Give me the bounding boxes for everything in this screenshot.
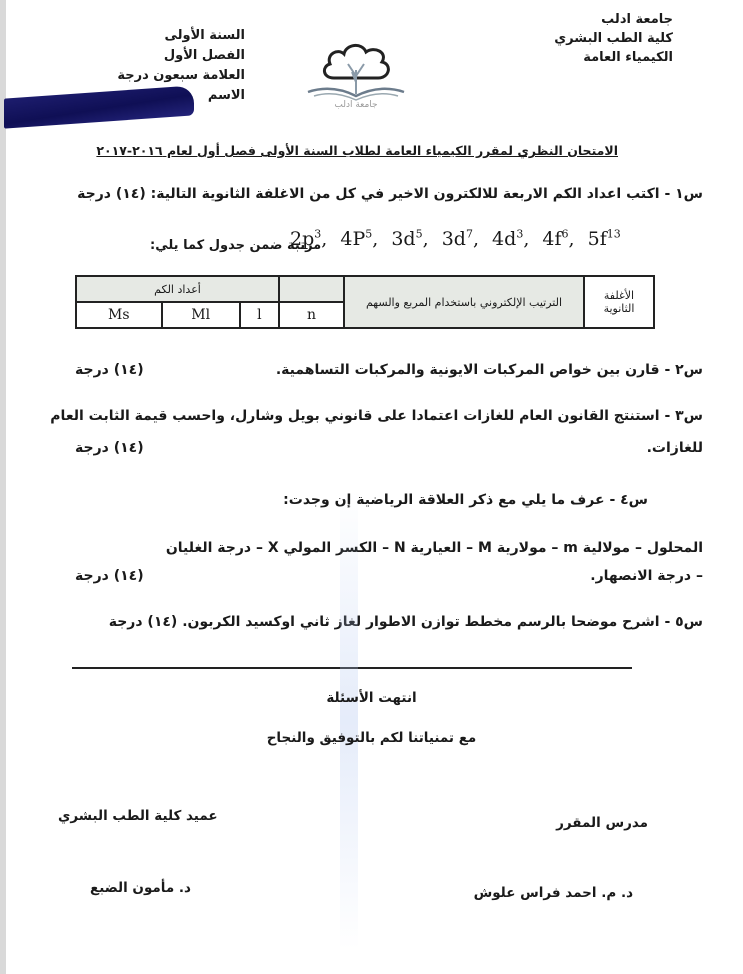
semester: الفصل الأول bbox=[60, 46, 245, 66]
question-text: عرف ما يلي مع ذكر العلاقة الرياضية إن وج… bbox=[283, 492, 604, 508]
question-number: س٥ - bbox=[664, 614, 703, 630]
course-instructor-title: مدرس المقرر bbox=[556, 815, 648, 831]
question-number: س٢ - bbox=[664, 362, 703, 378]
question-grade: (١٤) درجة bbox=[77, 186, 146, 202]
exam-title: الامتحان النظري لمقرر الكيمياء العامة لط… bbox=[96, 143, 618, 158]
question-1: س١ - اكتب اعداد الكم الاربعة للالكترون ا… bbox=[77, 186, 703, 202]
total-mark: العلامة سبعون درجة bbox=[60, 66, 245, 86]
tree-book-logo-icon: جامعة ادلب bbox=[296, 30, 416, 118]
question-3: س٣ - استنتج القانون العام للغازات اعتماد… bbox=[50, 408, 703, 424]
orbital: 4P5, bbox=[340, 228, 378, 250]
question-number: س١ - bbox=[664, 186, 703, 202]
course-instructor-name: د. م. احمد فراس علوش bbox=[474, 885, 633, 901]
dean-title: عميد كلية الطب البشري bbox=[58, 808, 218, 824]
university-name: جامعة ادلب bbox=[554, 10, 673, 29]
orbital-list: 2p3, 4P5, 3d5, 3d7, 4d3, 4f6, 5f13 bbox=[290, 228, 621, 250]
question-text: اشرح موضحا بالرسم مخطط توازن الاطوار لغا… bbox=[182, 614, 659, 630]
question-text: استنتج القانون العام للغازات اعتمادا على… bbox=[50, 408, 659, 424]
header-ms: Ms bbox=[76, 302, 162, 328]
question-text: قارن بين خواص المركبات الايونية والمركبا… bbox=[276, 362, 660, 378]
orbital: 3d5, bbox=[391, 228, 428, 250]
question-grade: (١٤) درجة bbox=[109, 614, 178, 630]
question-number: س٣ - bbox=[664, 408, 703, 424]
orbital: 3d7, bbox=[442, 228, 479, 250]
header-quantum-numbers: أعداد الكم bbox=[76, 276, 279, 302]
question-4-grade: (١٤) درجة bbox=[75, 568, 144, 584]
scan-artifact bbox=[340, 490, 358, 950]
good-luck-message: مع تمنياتنا لكم بالتوفيق والنجاح bbox=[0, 730, 743, 746]
header-electron-config: الترتيب الإلكتروني باستخدام المربع والسه… bbox=[344, 276, 584, 328]
faculty-name: كلية الطب البشري bbox=[554, 29, 673, 48]
question-4: س٤ - عرف ما يلي مع ذكر العلاقة الرياضية … bbox=[283, 492, 648, 508]
header-ml: Ml bbox=[162, 302, 240, 328]
logo-caption: جامعة ادلب bbox=[296, 100, 416, 110]
header-subshell: الأغلفة الثانوية bbox=[584, 276, 654, 328]
header-blank bbox=[279, 276, 344, 302]
question-4-terms-cont: – درجة الانصهار. bbox=[590, 568, 703, 584]
header-l: l bbox=[240, 302, 279, 328]
question-4-terms: المحلول – مولالية m – مولارية M – العيار… bbox=[166, 540, 703, 556]
orbital: 5f13 bbox=[588, 228, 621, 250]
question-text: اكتب اعداد الكم الاربعة للالكترون الاخير… bbox=[151, 186, 660, 202]
question-2-grade: (١٤) درجة bbox=[75, 362, 144, 378]
page-edge bbox=[0, 0, 6, 974]
student-name-label: الاسم bbox=[60, 86, 245, 106]
course-name: الكيمياء العامة bbox=[554, 48, 673, 67]
orbital: 4f6, bbox=[542, 228, 574, 250]
question-1-continuation: مرتبة ضمن جدول كما يلي: bbox=[150, 238, 321, 253]
quantum-numbers-table: الأغلفة الثانوية الترتيب الإلكتروني باست… bbox=[75, 275, 655, 329]
end-of-questions: انتهت الأسئلة bbox=[0, 690, 743, 706]
dean-name: د. مأمون الضبع bbox=[90, 880, 191, 896]
exam-info-header: السنة الأولى الفصل الأول العلامة سبعون د… bbox=[60, 26, 245, 106]
header-n: n bbox=[279, 302, 344, 328]
institution-header: جامعة ادلب كلية الطب البشري الكيمياء الع… bbox=[554, 10, 673, 67]
question-number: س٤ - bbox=[609, 492, 648, 508]
orbital: 4d3, bbox=[492, 228, 529, 250]
academic-year: السنة الأولى bbox=[60, 26, 245, 46]
question-2: س٢ - قارن بين خواص المركبات الايونية وال… bbox=[276, 362, 703, 378]
question-3-continuation: للغازات. bbox=[647, 440, 703, 456]
question-5: س٥ - اشرح موضحا بالرسم مخطط توازن الاطوا… bbox=[109, 614, 703, 630]
question-3-grade: (١٤) درجة bbox=[75, 440, 144, 456]
